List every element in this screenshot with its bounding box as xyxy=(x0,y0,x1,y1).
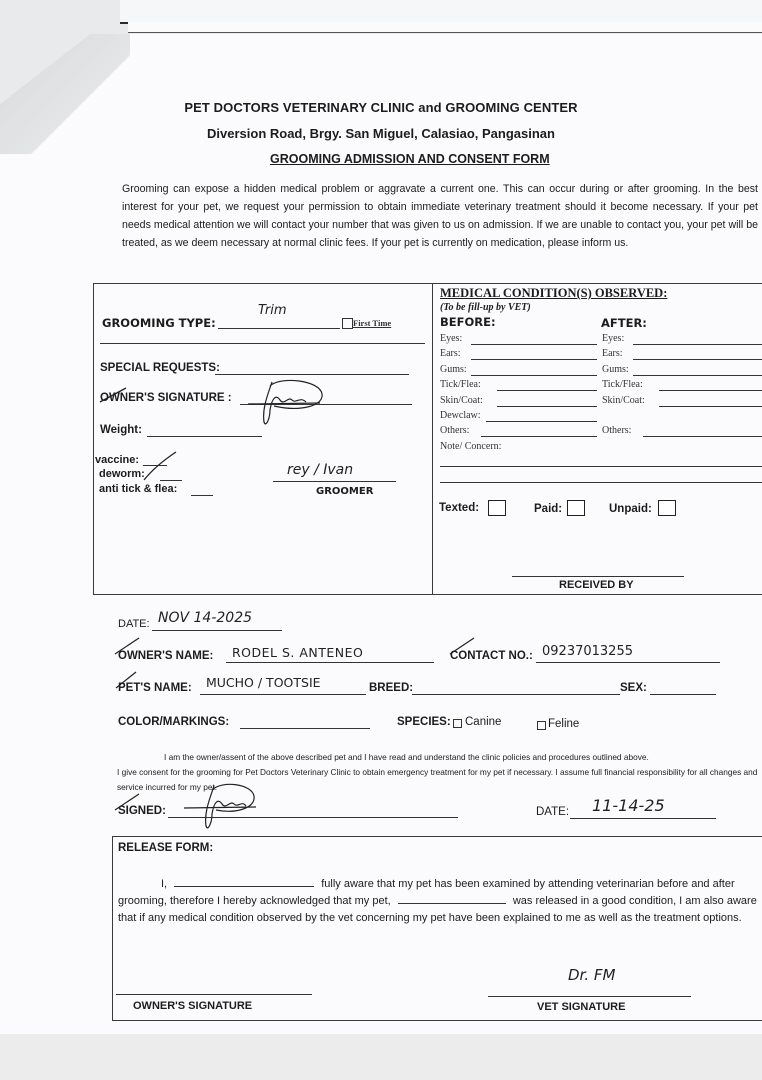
anti-tick-line[interactable] xyxy=(191,495,213,496)
before-field-label: Dewclaw: xyxy=(440,410,481,421)
check-mark-icon xyxy=(114,670,140,692)
after-field-label: Skin/Coat: xyxy=(602,395,645,406)
grooming-type-value: Trim xyxy=(258,303,287,318)
owner-name-line[interactable] xyxy=(226,662,434,663)
after-field-label: Ears: xyxy=(602,348,623,359)
after-field-line[interactable] xyxy=(659,390,762,391)
medical-title: MEDICAL CONDITION(S) OBSERVED: xyxy=(440,286,667,301)
sex-label: SEX: xyxy=(620,682,647,694)
before-field-label: Eyes: xyxy=(440,333,462,344)
species-feline-checkbox[interactable] xyxy=(537,721,546,730)
consent-line-1: I am the owner/assent of the above descr… xyxy=(117,750,762,765)
color-markings-line[interactable] xyxy=(240,728,370,729)
note-line-2[interactable] xyxy=(440,482,762,483)
check-mark-icon xyxy=(96,384,136,406)
breed-line[interactable] xyxy=(412,694,620,695)
species-feline-label: Feline xyxy=(548,718,579,730)
scan-bottom xyxy=(0,1034,762,1080)
after-field-label: Others: xyxy=(602,425,631,436)
release-owner-signature-line[interactable] xyxy=(116,994,312,995)
before-field-label: Gums: xyxy=(440,364,467,375)
after-field-label: Eyes: xyxy=(602,333,624,344)
release-prefix: I, xyxy=(118,878,167,890)
after-field-line[interactable] xyxy=(633,344,762,345)
deworm-label: deworm: xyxy=(99,468,145,480)
before-field-line[interactable] xyxy=(471,359,598,360)
weight-label: Weight: xyxy=(100,424,142,436)
after-field-line[interactable] xyxy=(633,359,762,360)
after-field-line[interactable] xyxy=(633,375,762,376)
after-field-line[interactable] xyxy=(643,436,762,437)
after-label: AFTER: xyxy=(601,316,647,330)
before-label: BEFORE: xyxy=(440,315,496,329)
sex-line[interactable] xyxy=(650,694,716,695)
first-time-label: First Time xyxy=(353,318,391,328)
date-label: DATE: xyxy=(118,618,150,630)
release-title: RELEASE FORM: xyxy=(118,842,213,854)
check-mark-icon xyxy=(113,792,143,814)
texted-label: Texted: xyxy=(439,502,479,514)
check-mark-icon xyxy=(113,636,143,658)
deworm-line[interactable] xyxy=(160,480,182,481)
paid-checkbox[interactable] xyxy=(567,500,585,516)
owner-signature-scribble xyxy=(240,374,340,434)
texted-checkbox[interactable] xyxy=(488,500,506,516)
consent-signature-scribble xyxy=(180,780,270,836)
breed-label: BREED: xyxy=(369,682,413,694)
before-field-label: Others: xyxy=(440,425,469,436)
owner-name-value: RODEL S. ANTENEO xyxy=(232,645,363,660)
before-field-label: Tick/Flea: xyxy=(440,379,481,390)
first-time-checkbox[interactable] xyxy=(342,318,353,329)
back-sheet-edge xyxy=(120,0,762,24)
vet-signature-label: VET SIGNATURE xyxy=(537,1001,625,1013)
color-markings-label: COLOR/MARKINGS: xyxy=(118,716,229,728)
medical-subtitle: (To be fill-up by VET) xyxy=(440,302,531,313)
consent-date-value: 11-14-25 xyxy=(592,796,665,815)
groomer-line[interactable] xyxy=(273,481,396,482)
received-by-label: RECEIVED BY xyxy=(559,579,634,591)
intro-paragraph: Grooming can expose a hidden medical pro… xyxy=(122,180,758,252)
release-text: I, fully aware that my pet has been exam… xyxy=(118,876,762,927)
before-field-line[interactable] xyxy=(486,421,597,422)
release-pet-name-line[interactable] xyxy=(398,893,506,904)
species-canine-checkbox[interactable] xyxy=(453,719,462,728)
paid-label: Paid: xyxy=(534,503,562,515)
vaccine-label: vaccine: xyxy=(95,454,139,466)
groomer-value: rey / Ivan xyxy=(287,462,353,478)
form-title: GROOMING ADMISSION AND CONSENT FORM xyxy=(270,152,580,166)
before-field-line[interactable] xyxy=(497,406,597,407)
after-field-label: Tick/Flea: xyxy=(602,379,643,390)
box-divider xyxy=(432,283,433,594)
after-field-line[interactable] xyxy=(659,406,762,407)
weight-line[interactable] xyxy=(147,436,262,437)
before-field-line[interactable] xyxy=(471,344,598,345)
pet-name-line[interactable] xyxy=(200,694,366,695)
clinic-name: PET DOCTORS VETERINARY CLINIC and GROOMI… xyxy=(0,100,762,115)
pet-name-value: MUCHO / TOOTSIE xyxy=(206,675,321,690)
grooming-type-label: GROOMING TYPE: xyxy=(102,316,216,330)
before-field-label: Skin/Coat: xyxy=(440,395,483,406)
date-value: NOV 14-2025 xyxy=(158,610,252,626)
after-field-label: Gums: xyxy=(602,364,629,375)
grooming-type-line[interactable] xyxy=(218,328,340,329)
vet-signature-line[interactable] xyxy=(488,996,691,997)
contact-line[interactable] xyxy=(536,662,720,663)
vet-signature-value: Dr. FM xyxy=(568,966,615,984)
unpaid-checkbox[interactable] xyxy=(658,500,676,516)
check-mark-icon xyxy=(448,636,478,658)
species-label: SPECIES: xyxy=(397,716,451,728)
special-requests-label: SPECIAL REQUESTS: xyxy=(100,362,220,374)
note-line-1[interactable] xyxy=(440,466,762,467)
note-label: Note/ Concern: xyxy=(440,441,501,452)
unpaid-label: Unpaid: xyxy=(609,503,652,515)
consent-date-line[interactable] xyxy=(570,818,716,819)
date-line[interactable] xyxy=(152,630,282,631)
before-field-line[interactable] xyxy=(471,375,598,376)
grooming-extra-line xyxy=(100,343,425,344)
groomer-label: GROOMER xyxy=(316,486,373,497)
anti-tick-label: anti tick & flea: xyxy=(99,483,177,495)
release-owner-signature-label: OWNER'S SIGNATURE xyxy=(133,1000,252,1012)
consent-date-label: DATE: xyxy=(536,806,569,818)
received-by-line[interactable] xyxy=(512,576,684,577)
contact-value: 09237013255 xyxy=(542,644,633,659)
before-field-line[interactable] xyxy=(497,390,597,391)
release-owner-name-line[interactable] xyxy=(174,876,314,887)
back-sheet-edge-2 xyxy=(128,22,762,33)
before-field-line[interactable] xyxy=(481,436,597,437)
clinic-address: Diversion Road, Brgy. San Miguel, Calasi… xyxy=(0,126,762,141)
before-field-label: Ears: xyxy=(440,348,461,359)
species-canine-label: Canine xyxy=(465,716,501,728)
